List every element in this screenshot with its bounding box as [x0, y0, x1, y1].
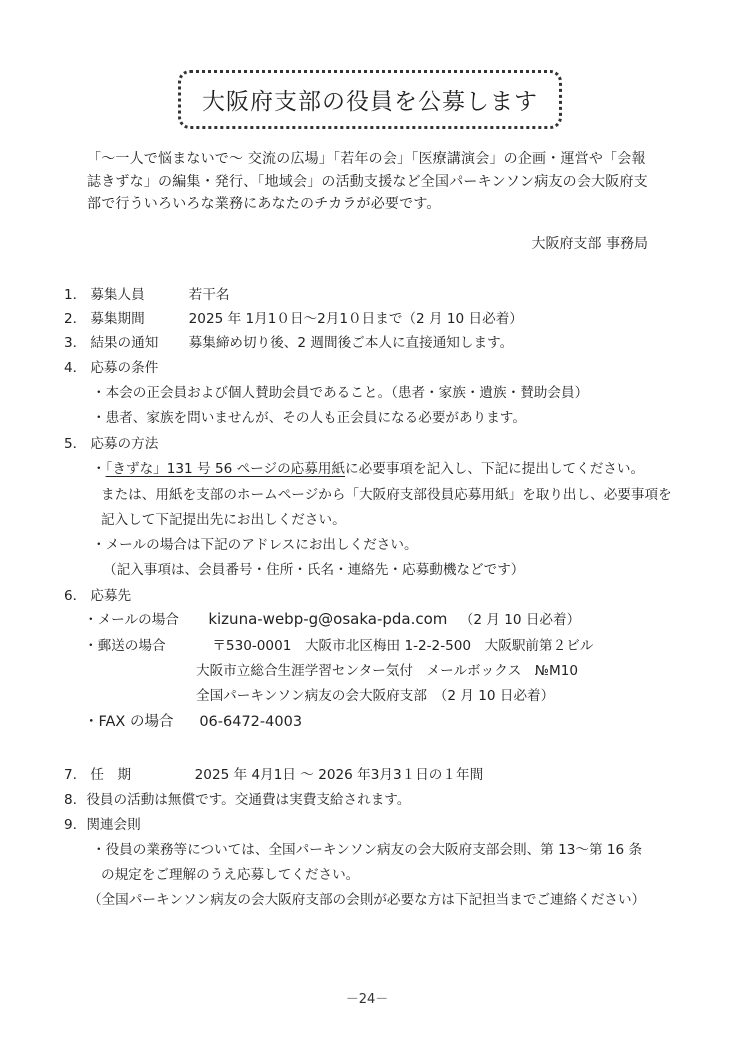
item-7: 7. 任 期 2025 年 4月1日 ～ 2026 年3月3１日の１年間	[64, 763, 483, 783]
mail-address-line: 大阪市立総合生涯学習センター気付 メールボックス №M10	[196, 659, 578, 679]
item-number: 5．	[64, 432, 86, 452]
item-number: 4．	[64, 356, 86, 376]
email-label: ・メールの場合	[84, 608, 204, 628]
item-2: 2． 募集期間 2025 年 1月1０日〜2月1０日まで（2 月 10 日必着）	[64, 307, 523, 327]
note: （記入事項は、会員番号・住所・氏名・連絡先・応募動機などです）	[103, 558, 524, 578]
intro-line: 部で行ういろいろな業務にあなたのチカラが必要です。	[87, 193, 667, 216]
item-number: 1．	[64, 283, 86, 303]
item-label: 応募先	[90, 588, 131, 604]
item-label: 応募の条件	[90, 360, 158, 376]
item-label: 任 期	[90, 763, 190, 783]
item-number: 6．	[64, 584, 86, 604]
item-number: 3．	[64, 331, 86, 351]
bullet-continuation: 記入して下記提出先にお出しください。	[101, 508, 346, 528]
email-note: （2 月 10 日必着）	[460, 612, 580, 628]
intro-line: 誌きずな」の編集・発行、「地域会」の活動支援など全国パーキンソン病友の会大阪府支	[87, 171, 667, 194]
title-box: 大阪府支部の役員を公募します	[178, 70, 562, 129]
intro-paragraph: 「〜一人で悩まないで〜 交流の広場」「若年の会」「医療講演会」の企画・運営や「会…	[87, 148, 667, 216]
email-address[interactable]: kizuna-webp-g@osaka-pda.com	[208, 610, 447, 628]
item-3: 3． 結果の通知 募集締め切り後、2 週間後ご本人に直接通知します。	[64, 331, 513, 351]
item-number: 8.	[64, 792, 82, 808]
item-label: 関連会則	[86, 817, 140, 833]
item-text: 役員の活動は無償です。交通費は実費支給されます。	[86, 792, 410, 808]
item-number: 2．	[64, 307, 86, 327]
bullet: ・役員の業務等については、全国パーキンソン病友の会大阪府支部会則、第 13〜第 …	[92, 838, 642, 858]
item-5: 5． 応募の方法	[64, 432, 158, 452]
item-number: 7.	[64, 767, 86, 783]
bullet: ・本会の正会員および個人賛助会員であること。（患者・家族・遺族・賛助会員）	[92, 381, 588, 401]
mail-address-line: 全国パーキンソン病友の会大阪府支部 （2 月 10 日必着）	[196, 684, 554, 704]
item-value: 募集締め切り後、2 週間後ご本人に直接通知します。	[189, 335, 514, 351]
item-value: 若干名	[189, 287, 230, 303]
item-6: 6． 応募先	[64, 584, 131, 604]
item-label: 応募の方法	[90, 436, 158, 452]
item-value: 2025 年 1月1０日〜2月1０日まで（2 月 10 日必着）	[189, 311, 523, 327]
signature: 大阪府支部 事務局	[532, 233, 648, 253]
form-reference: 「きずな」131 号 56 ページの応募用紙	[106, 461, 345, 477]
fax-number: 06-6472-4003	[199, 714, 302, 730]
bullet: ・患者、家族を問いませんが、その人も正会員になる必要があります。	[92, 406, 526, 426]
fax-label: ・FAX の場合	[84, 710, 195, 731]
item-label: 結果の通知	[90, 331, 184, 351]
mail-address-line: 〒530-0001 大阪市北区梅田 1-2-2-500 大阪駅前第２ビル	[212, 638, 593, 654]
bullet-mark: ・	[92, 461, 106, 477]
intro-line: 「〜一人で悩まないで〜 交流の広場」「若年の会」「医療講演会」の企画・運営や「会…	[87, 148, 667, 171]
bullet: ・メールの場合は下記のアドレスにお出しください。	[92, 533, 418, 553]
bullet: ・「きずな」131 号 56 ページの応募用紙に必要事項を記入し、下記に提出して…	[92, 457, 644, 477]
item-label: 募集人員	[90, 283, 184, 303]
item-label: 募集期間	[90, 307, 184, 327]
item-value: 2025 年 4月1日 ～ 2026 年3月3１日の１年間	[195, 767, 484, 783]
note: （全国パーキンソン病友の会大阪府支部の会則が必要な方は下記担当までご連絡ください…	[88, 888, 645, 908]
page-title: 大阪府支部の役員を公募します	[202, 83, 538, 116]
item-9: 9. 関連会則	[64, 813, 141, 833]
item-1: 1． 募集人員 若干名	[64, 283, 229, 303]
item-number: 9.	[64, 817, 82, 833]
email-row: ・メールの場合 kizuna-webp-g@osaka-pda.com （2 月…	[84, 608, 580, 628]
mail-label: ・郵送の場合	[84, 634, 208, 654]
item-8: 8. 役員の活動は無償です。交通費は実費支給されます。	[64, 788, 410, 808]
bullet-text: に必要事項を記入し、下記に提出してください。	[345, 461, 644, 477]
item-4: 4． 応募の条件	[64, 356, 158, 376]
mail-row: ・郵送の場合 〒530-0001 大阪市北区梅田 1-2-2-500 大阪駅前第…	[84, 634, 593, 654]
page-number: －24－	[0, 988, 734, 1007]
bullet-continuation: の規定をご理解のうえ応募してください。	[101, 863, 359, 883]
bullet-continuation: または、用紙を支部のホームページから「大阪府支部役員応募用紙」を取り出し、必要事…	[101, 483, 672, 503]
fax-row: ・FAX の場合 06-6472-4003	[84, 710, 302, 731]
